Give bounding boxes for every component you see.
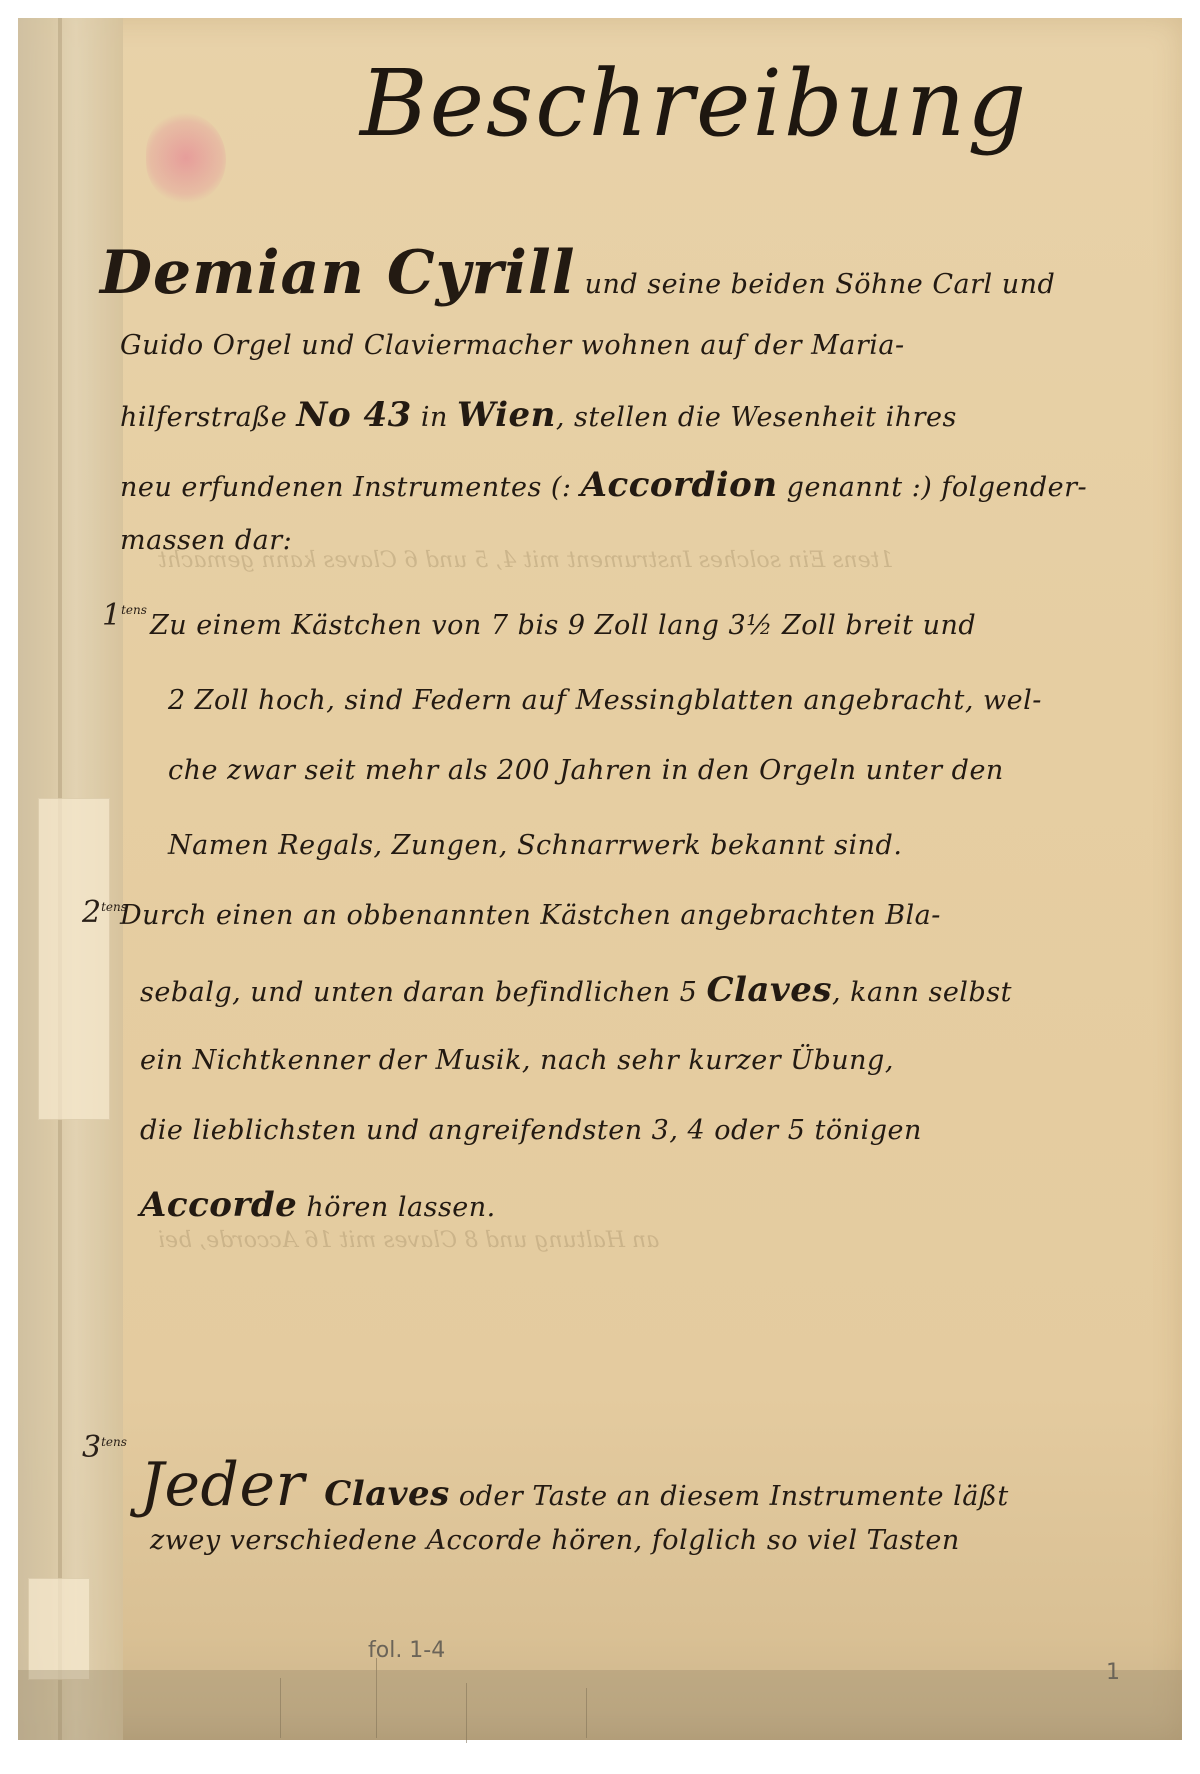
intro-line-4: neu erfundenen Instrumentes (: Accordion… (120, 465, 1087, 505)
house-number: No 43 (296, 395, 411, 435)
section-marker-1: 1tens (102, 598, 147, 633)
red-seal-stain (146, 113, 226, 203)
section-2-line-5: Accorde hören lassen. (140, 1185, 496, 1225)
claves-word: Claves (324, 1474, 450, 1514)
section-2-line-4: die lieblichsten und angreifendsten 3, 4… (140, 1115, 922, 1146)
section-3-line-2: zwey verschiedene Accorde hören, folglic… (150, 1525, 960, 1556)
section-1-line-1: Zu einem Kästchen von 7 bis 9 Zoll lang … (150, 610, 976, 641)
city-name: Wien (457, 395, 556, 435)
paper-repair-patch (38, 798, 110, 1120)
accorde-word: Accorde (140, 1185, 297, 1225)
claves-word: Claves (706, 970, 832, 1010)
section-1-line-2: 2 Zoll hoch, sind Federn auf Messingblat… (168, 685, 1042, 716)
section-2-line-2: sebalg, und unten daran befindlichen 5 C… (140, 970, 1012, 1010)
aged-bottom-band (18, 1670, 1182, 1740)
section-1-line-4: Namen Regals, Zungen, Schnarrwerk bekann… (168, 830, 902, 861)
intro-line-1: Demian Cyrill und seine beiden Söhne Car… (100, 238, 1055, 308)
section-3-line-1: Jeder Claves oder Taste an diesem Instru… (140, 1450, 1009, 1520)
section-2-line-3: ein Nichtkenner der Musik, nach sehr kur… (140, 1045, 894, 1076)
section-2-line-1: Durch einen an obbenannten Kästchen ange… (120, 900, 941, 931)
section-marker-3: 3tens (82, 1430, 127, 1465)
names-heading: Demian Cyrill (100, 238, 575, 308)
bleed-through-text: an Haltung und 8 Claves mit 16 Accorde, … (158, 1228, 659, 1253)
document-title: Beschreibung (360, 50, 920, 157)
section-1-line-3: che zwar seit mehr als 200 Jahren in den… (168, 755, 1004, 786)
instrument-name: Accordion (581, 465, 778, 505)
intro-line-5: massen dar: (120, 525, 292, 556)
paper-repair-patch (28, 1578, 90, 1680)
page-number: 1 (1106, 1660, 1120, 1685)
intro-line-2: Guido Orgel und Claviermacher wohnen auf… (120, 330, 905, 361)
intro-line-3: hilferstraße No 43 in Wien, stellen die … (120, 395, 957, 435)
folio-annotation: fol. 1-4 (368, 1638, 445, 1663)
